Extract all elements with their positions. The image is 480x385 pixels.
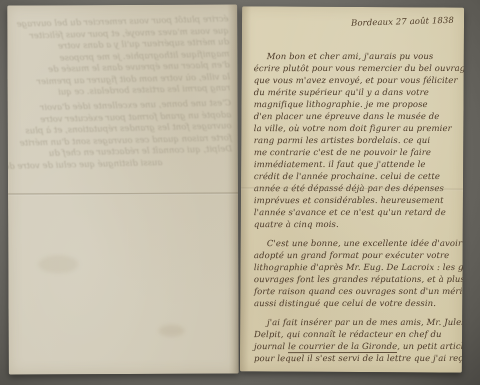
fold-crease-left: [8, 192, 238, 195]
letter-body: Mon bon et cher ami, j'aurais pu vous éc…: [254, 51, 457, 372]
letter-sheet-left: écrire plutôt pour vous remercier du bel…: [7, 4, 239, 374]
letter-paragraph-2: C'est une bonne, une excellente idée d'a…: [254, 238, 457, 310]
letter-dateline: Bordeaux 27 août 1838: [351, 16, 454, 29]
ink-bleedthrough-middle: C'est une bonne, une excellente idée d'a…: [17, 98, 233, 172]
journal-name-suffix: , un petit article: [397, 342, 464, 352]
ink-bleedthrough-top: écrire plutôt pour vous remercier du bel…: [18, 14, 230, 100]
journal-name-prefix: journal: [254, 342, 288, 352]
journal-name-underlined: le courrier de la Gironde: [288, 342, 397, 353]
paper-stain: [38, 255, 78, 273]
paper-stain: [159, 325, 185, 337]
letter-paragraph-1: Mon bon et cher ami, j'aurais pu vous éc…: [254, 51, 457, 231]
letter-photograph: écrire plutôt pour vous remercier du bel…: [0, 0, 480, 385]
letter-paragraph-3: j'ai fait insérer par un de mes amis, Mr…: [254, 317, 457, 365]
letter-sheet-right: Bordeaux 27 août 1838 Mon bon et cher am…: [240, 6, 464, 372]
